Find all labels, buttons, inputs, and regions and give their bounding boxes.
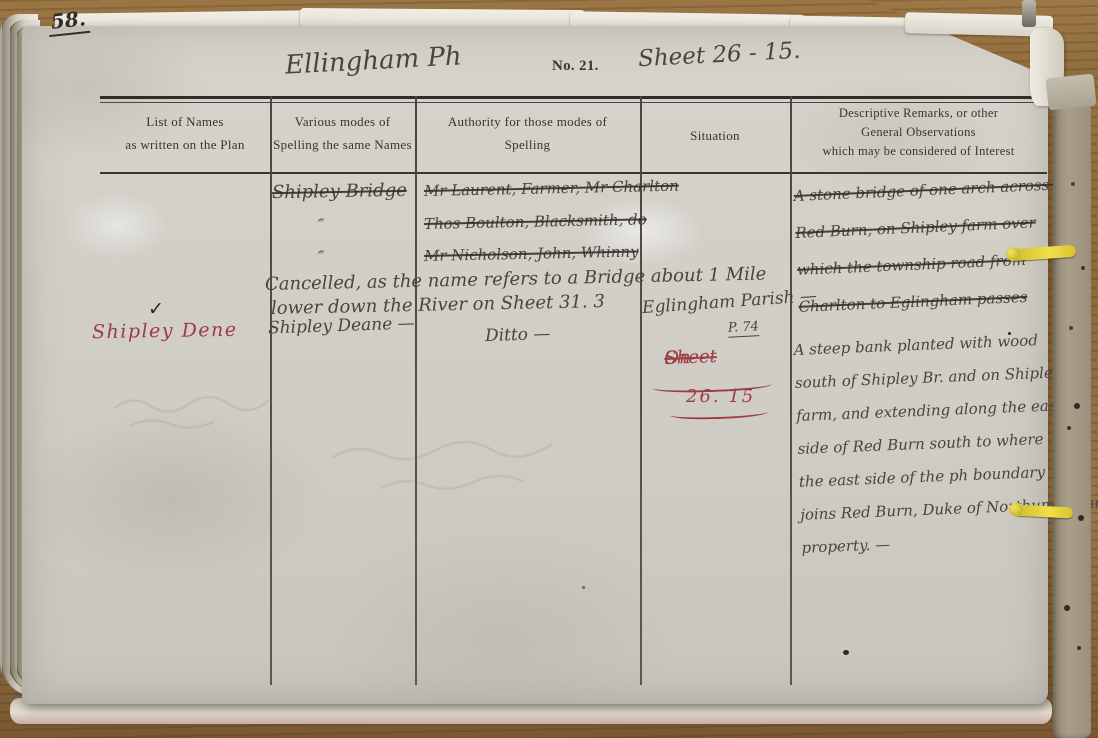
metal-clasp [1022,0,1036,27]
sheet-number-handwritten: Sheet 26 - 15. [637,38,801,72]
column-header-authority: Authority for those modes of Spelling [415,110,640,156]
column-header-descriptive-remarks: Descriptive Remarks, or other General Ob… [790,104,1047,161]
situation-red-sheet-number: 26. 15 [686,386,755,407]
folio-number: 58. [47,6,90,37]
column-header-list-of-names: List of Names as written on the Plan [100,110,270,156]
column-divider [415,96,417,685]
column-header-spelling-modes: Various modes of Spelling the same Names [270,110,415,156]
book-spine-edge [1053,86,1091,738]
book-number-printed: No. 21. [552,58,599,75]
situation-page-reference: P. 74 [728,319,760,338]
cancelled-remarks-block: A stone bridge of one arch across the Re… [793,166,1084,326]
faint-pencil-marks [322,418,622,508]
header-line: Authority for those modes of [415,110,640,133]
table-top-rule [100,96,1047,99]
red-underline-flourish [670,406,768,420]
cancelled-authority-line: Thos Boulton, Blacksmith, do [424,210,647,233]
header-line: Spelling the same Names [270,133,415,156]
accepted-name-red-ink: Shipley Dene [92,319,238,344]
cancellation-note-line1: Cancelled, as the name refers to a Bridg… [265,264,767,295]
header-line: Various modes of [270,110,415,133]
checkmark: ✓ [148,298,164,320]
header-line: Descriptive Remarks, or other [790,104,1047,123]
faint-pencil-marks [110,378,280,438]
cancellation-note-line2: lower down the River on Sheet 31. 3 [271,291,605,319]
header-line: which may be considered of Interest [790,142,1047,161]
cancelled-name-shipley-bridge: Shipley Bridge [272,180,407,203]
column-divider [790,96,792,685]
header-line: List of Names [100,110,270,133]
table-top-rule-thin [100,102,1047,103]
red-note-struck-word: Sheet [664,346,717,369]
header-line: as written on the Plan [100,133,270,156]
photo-of-name-book-page: 58. Ellingham Ph No. 21. Sheet 26 - 15. … [0,0,1098,738]
ditto-mark: ″ [318,216,324,236]
ink-speck [1008,332,1011,335]
header-line: General Observations [790,123,1047,142]
name-book-page: 58. Ellingham Ph No. 21. Sheet 26 - 15. … [22,26,1048,704]
cancelled-authority-line: Mr Nicholson, John, Whinny [424,243,639,265]
ink-speck [843,650,849,655]
header-line: Situation [640,124,790,147]
authority-ditto: Ditto — [485,324,551,346]
parish-title-handwritten: Ellingham Ph [284,41,462,80]
spine-tape [1045,74,1096,111]
column-header-situation: Situation [640,124,790,147]
header-line: Spelling [415,133,640,156]
ink-speck [582,586,585,589]
ditto-mark: ″ [318,248,324,268]
